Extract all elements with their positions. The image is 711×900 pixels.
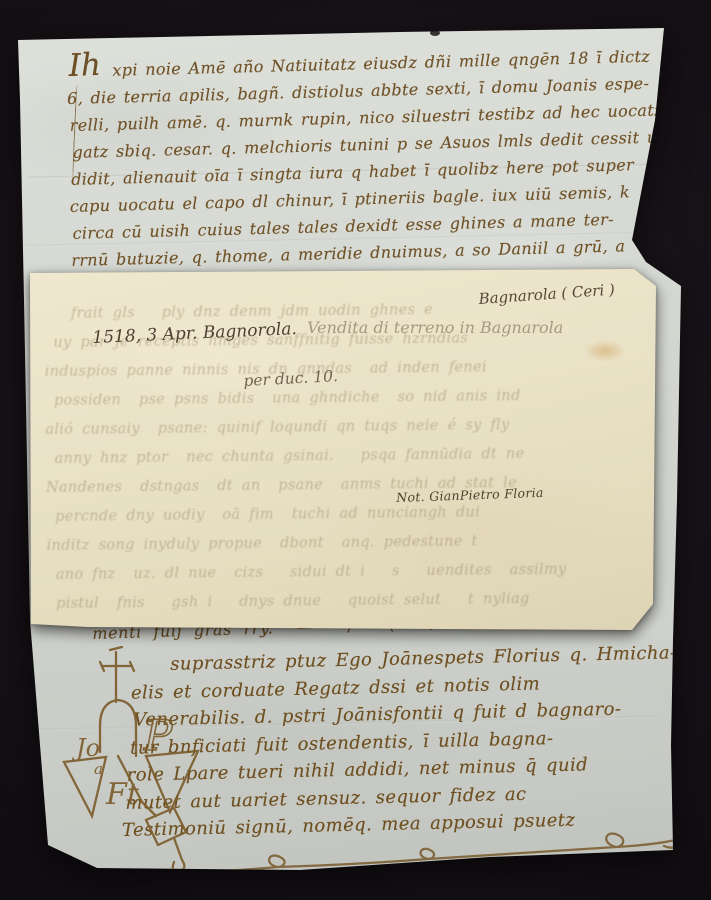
slip-paper: frait gls ply dnz denm jdm uodin ghnes e… — [28, 268, 660, 634]
cross-icon — [100, 647, 134, 696]
sign-letter-small: a — [94, 760, 103, 778]
archivist-slip: frait gls ply dnz denm jdm uodin ghnes e… — [28, 268, 660, 634]
manuscript-upper-text-block: xpi noie Amē año Natiuitatz eiusdz dñi m… — [66, 41, 703, 300]
flourish-underline — [102, 824, 694, 880]
sign-monogram: Ft — [105, 777, 140, 812]
right-triangle-shape — [146, 751, 198, 812]
paper-tear-speck — [430, 30, 440, 36]
bleedthrough-line: pistul fnis gsh i dnys dnue quoist selut… — [47, 584, 647, 619]
ink-speck — [434, 864, 441, 869]
bell-arch-shape — [100, 700, 136, 756]
sign-letter-right: P — [143, 711, 173, 760]
sign-letters-left: Jo — [71, 734, 100, 762]
photo-mat-background: Ih xpi noie Amē año Natiuitatz eiusdz dñ… — [0, 0, 711, 900]
subject-annotation: Vendita di terreno in Bagnarola — [307, 318, 563, 337]
